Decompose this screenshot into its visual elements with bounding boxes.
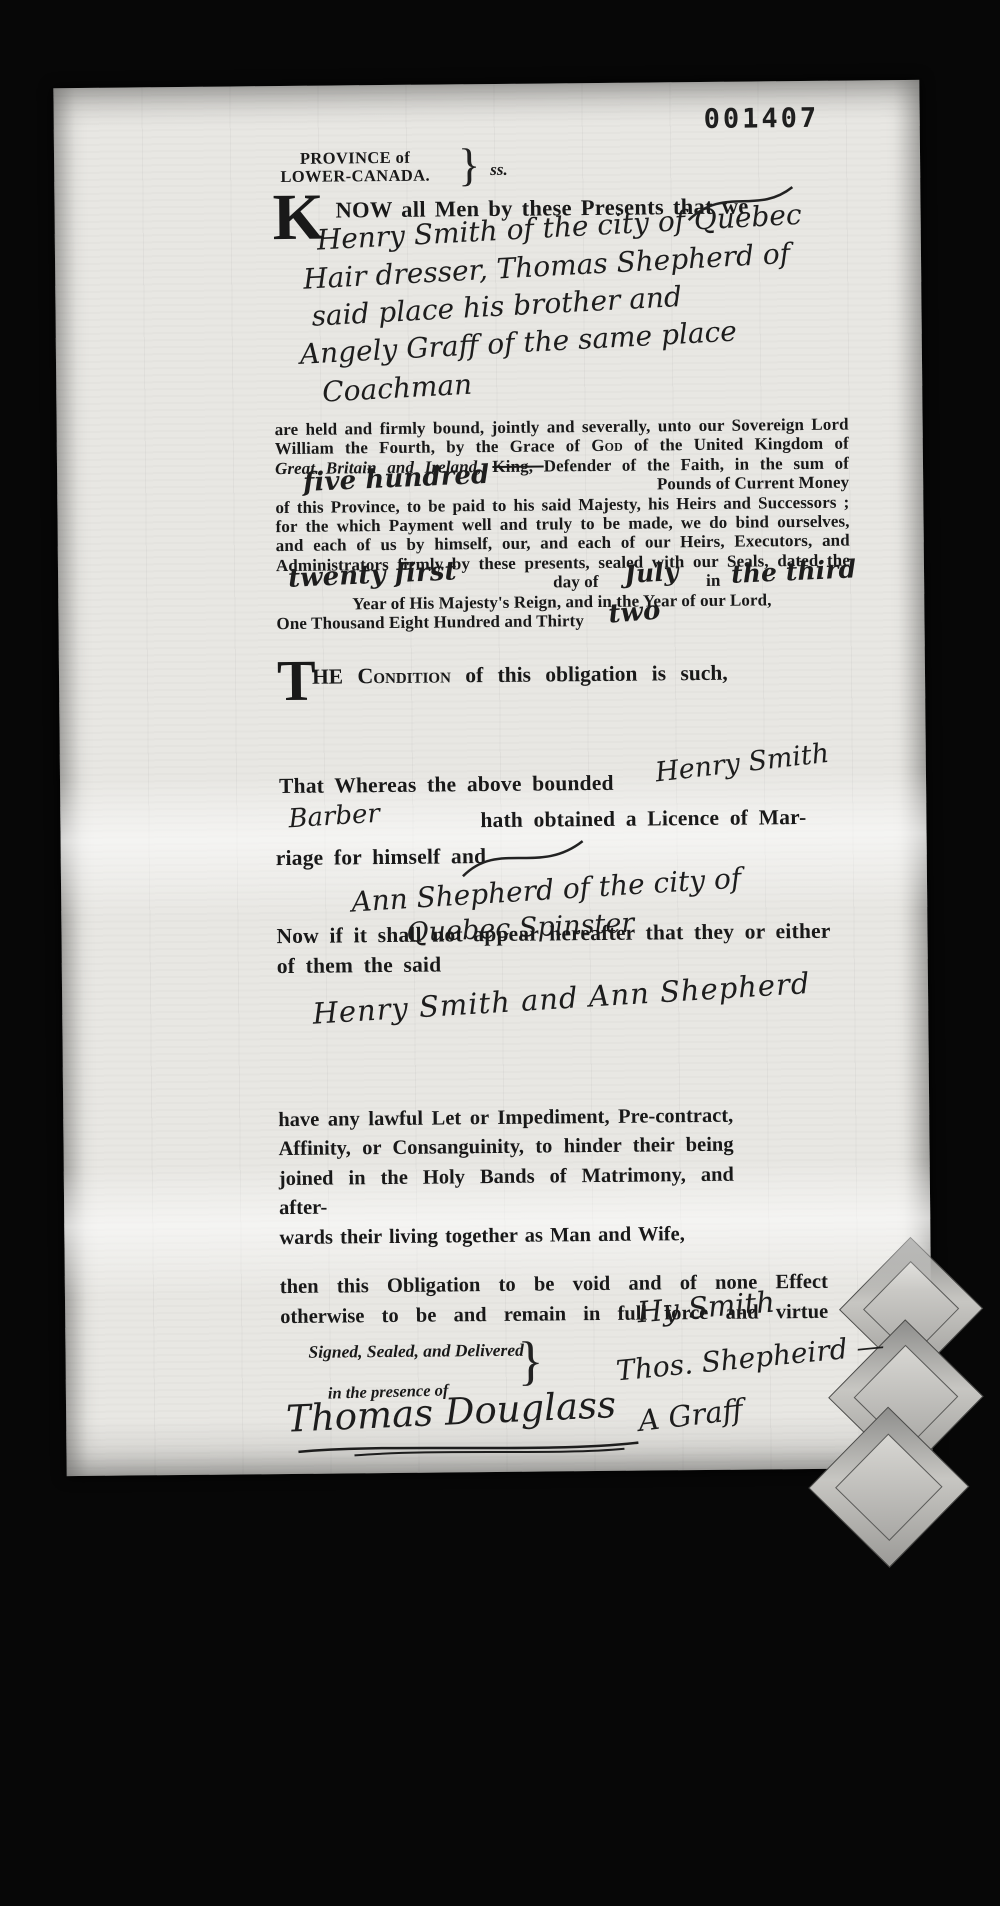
handwritten-regnal-year: the third: [731, 560, 857, 585]
signature-brace: }: [517, 1334, 543, 1388]
impediment-line: have any lawful Let or Impediment, Pre-c…: [278, 1102, 733, 1136]
document-page: 001407 PROVINCE of LOWER-CANADA. } ss. K…: [53, 80, 932, 1476]
ss-abbreviation: ss.: [490, 160, 508, 180]
nowif-line2: of them the said: [277, 953, 442, 980]
whereas-line3: riage for himself and: [276, 844, 487, 871]
handwritten-occupation: Barber: [288, 799, 381, 835]
impediment-paragraph: have any lawful Let or Impediment, Pre-c…: [278, 1102, 734, 1253]
dropcap-t: T: [277, 656, 316, 706]
handwritten-month: July: [623, 562, 679, 585]
condition-text: of this obligation is such,: [451, 661, 728, 688]
word-god: God: [591, 436, 623, 455]
bond-year-line: One Thousand Eight Hundred and Thirty tw…: [276, 609, 850, 634]
province-brace: }: [458, 138, 481, 191]
signature-graff: A Graff: [637, 1392, 745, 1438]
handwritten-year: two: [608, 602, 661, 625]
bond-text: of the United Kingdom of: [623, 434, 849, 455]
signed-sealed-delivered: Signed, Sealed, and Delivered: [308, 1340, 524, 1363]
microfilm-frame: { "colors": {"paper":"#e8e7e3","ink":"#1…: [0, 0, 1000, 1906]
bond-paragraph: are held and firmly bound, jointly and s…: [275, 415, 851, 634]
handwritten-groom-name: Henry Smith: [654, 738, 831, 789]
bond-text: Defender of the Faith, in the sum of: [544, 453, 849, 475]
handwritten-day: twenty first: [288, 563, 457, 590]
bond-text: day of: [553, 572, 599, 592]
impediment-line: Affinity, or Consanguinity, to hinder th…: [278, 1131, 733, 1165]
bond-text: One Thousand Eight Hundred and Thirty: [276, 611, 584, 633]
handwritten-amount: five hundred: [303, 466, 490, 494]
impediment-line: wards their living together as Man and W…: [279, 1219, 734, 1253]
whereas-line2: hath obtained a Licence of Mar-: [480, 805, 806, 833]
nowif-line1: Now if it shall not appear hereafter tha…: [276, 919, 830, 949]
condition-text: HE: [312, 664, 358, 688]
film-frame-number: 001407: [704, 103, 820, 135]
whereas-line1: That Whereas the above bounded: [279, 771, 614, 799]
handwritten-principal-line: Coachman: [321, 368, 473, 409]
bond-text: in: [706, 571, 721, 591]
impediment-line: joined in the Holy Bands of Matrimony, a…: [279, 1161, 735, 1224]
condition-heading: HE Condition of this obligation is such,: [312, 659, 854, 690]
signature-underline: [294, 1439, 644, 1460]
bond-text: William the Fourth, by the Grace of: [275, 436, 592, 458]
word-king-struck: King,: [492, 456, 544, 475]
condition-word: Condition: [357, 662, 451, 688]
